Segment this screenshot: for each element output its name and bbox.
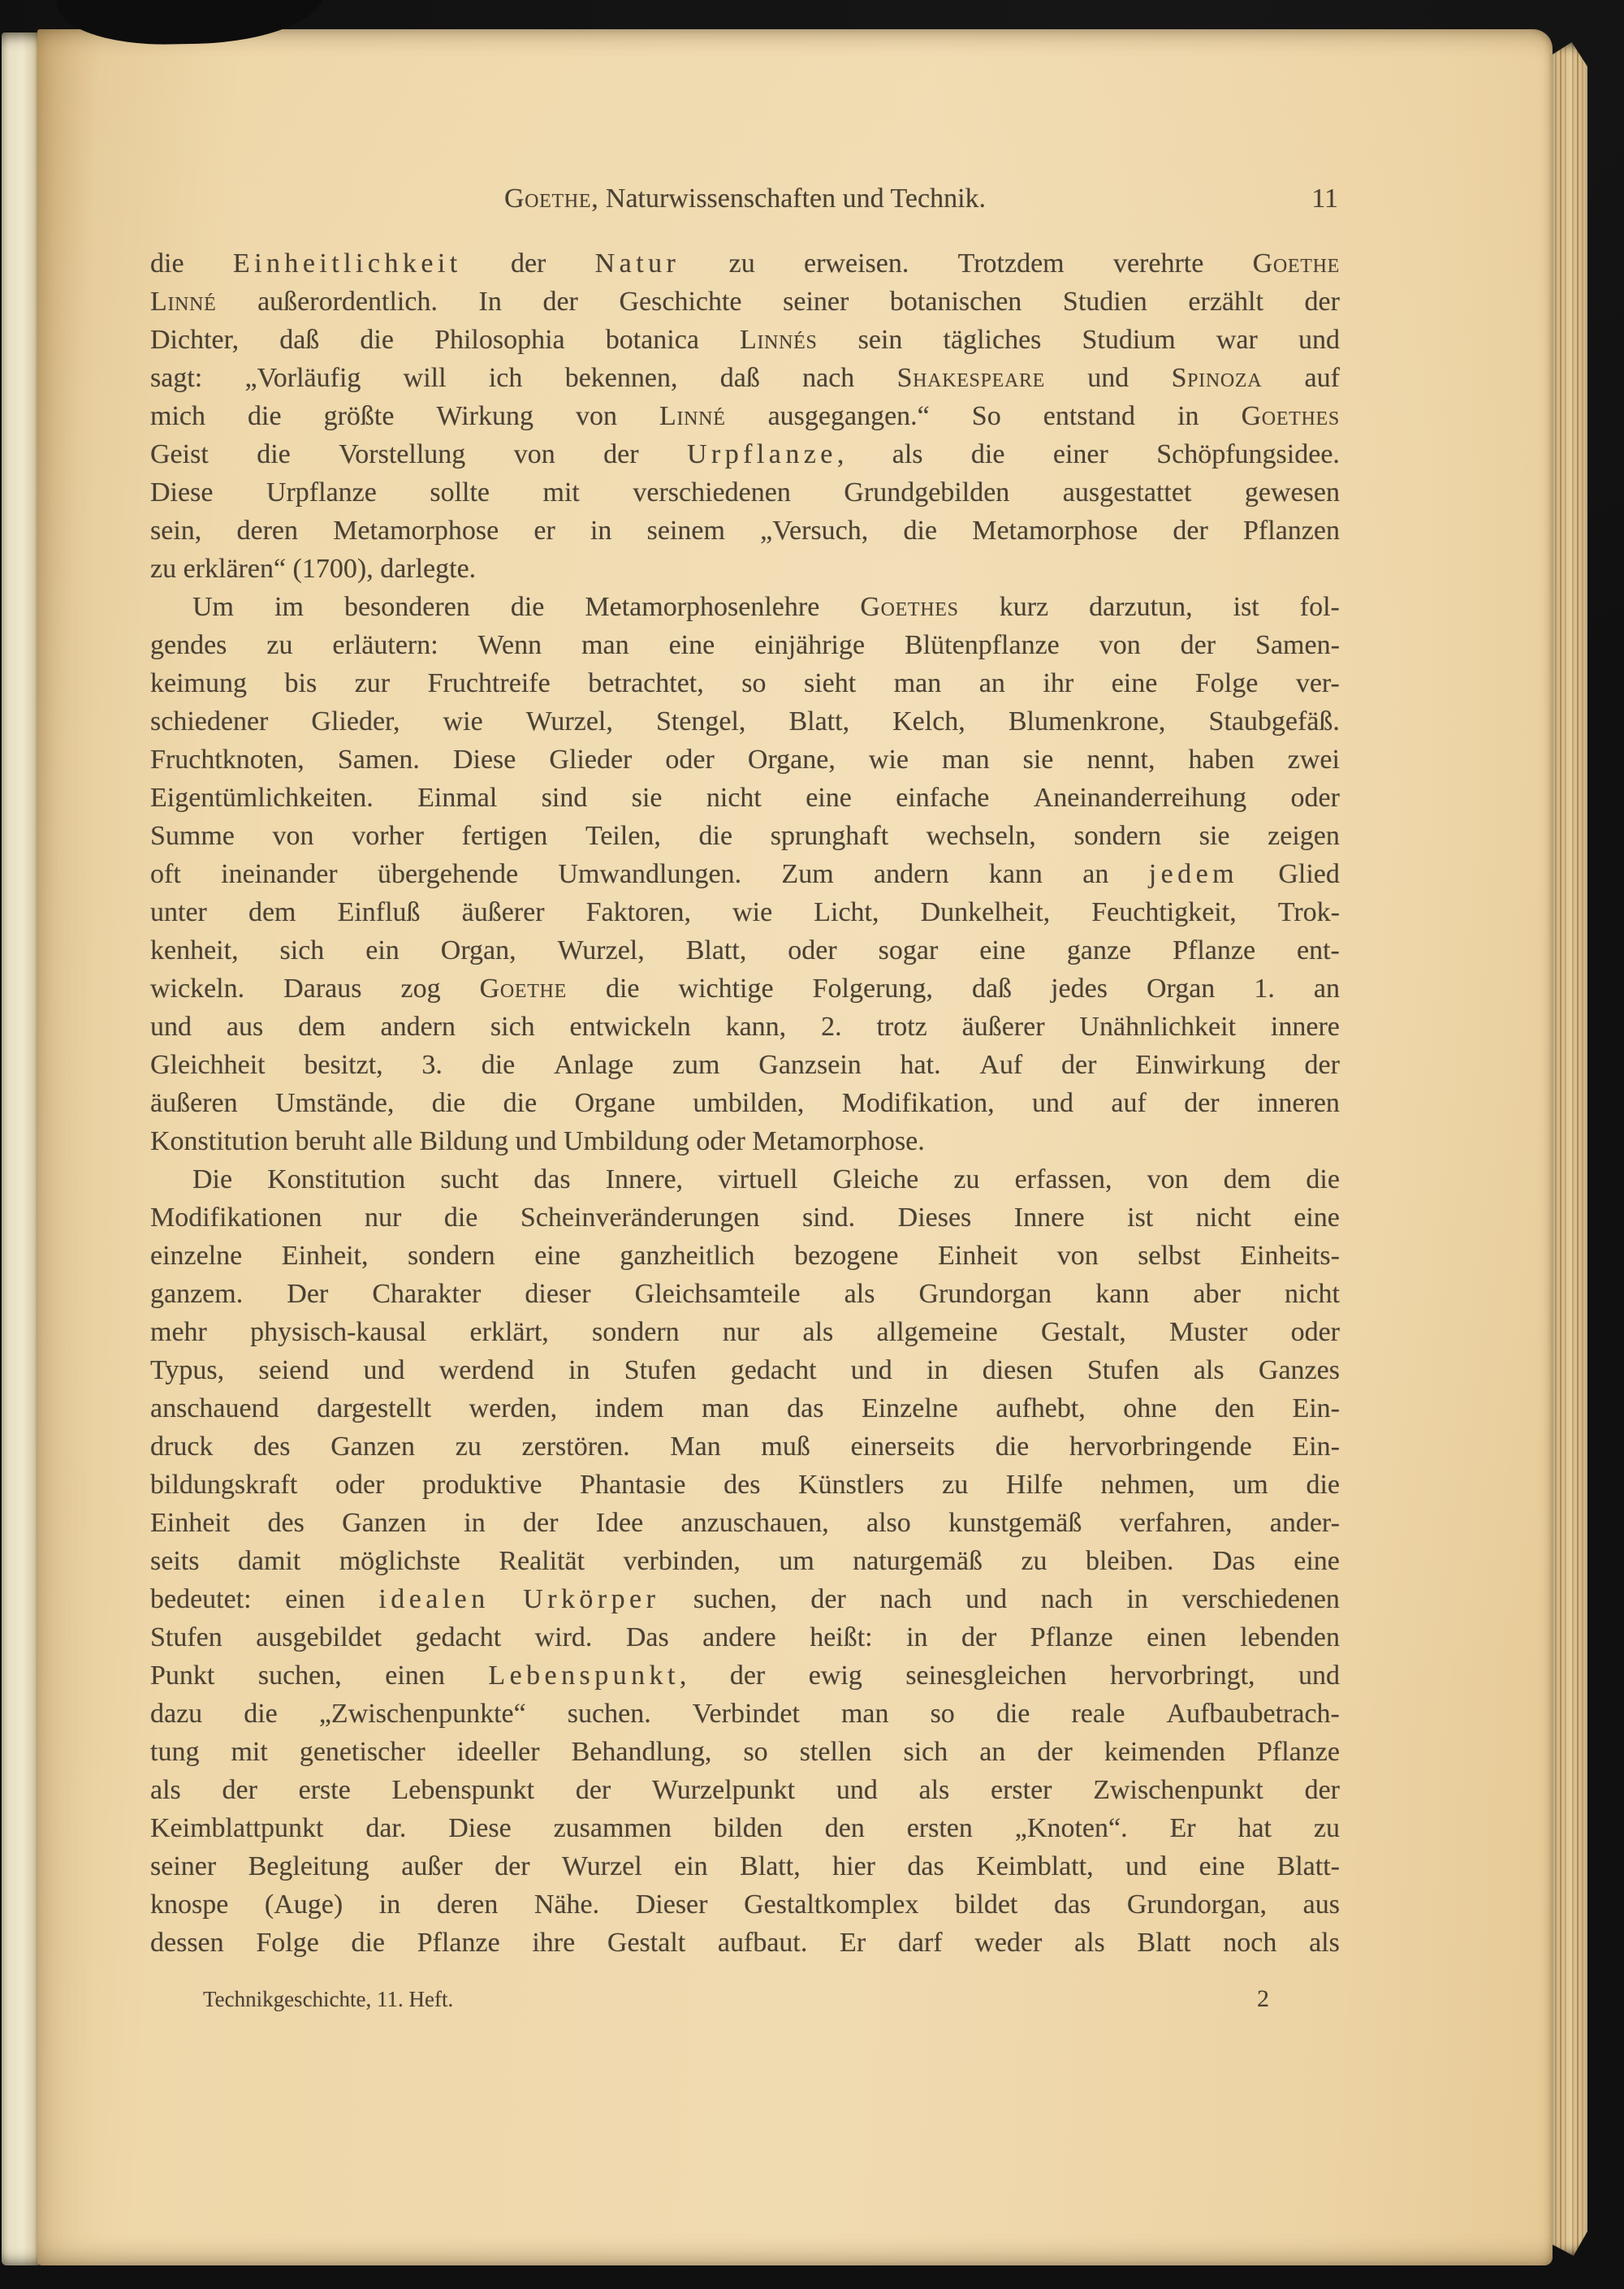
word: muß bbox=[761, 1432, 810, 1462]
word: Gestalt bbox=[607, 1928, 685, 1959]
word: mit bbox=[231, 1737, 267, 1768]
word: Verbindet bbox=[693, 1699, 800, 1730]
word: Einwirkung bbox=[1135, 1050, 1266, 1081]
word: ich bbox=[489, 363, 523, 394]
word: Geist bbox=[150, 439, 209, 470]
word: eine bbox=[669, 630, 715, 661]
word: Gestalt, bbox=[1041, 1317, 1126, 1348]
word: der bbox=[523, 1508, 558, 1539]
word: Gestaltkomplex bbox=[744, 1890, 918, 1920]
word: oder bbox=[788, 935, 836, 966]
word: in bbox=[1177, 401, 1199, 432]
word: physisch-kausal bbox=[250, 1317, 426, 1348]
word: hat. bbox=[901, 1050, 941, 1081]
word: Gleichsamteile bbox=[635, 1279, 801, 1310]
word: verbinden, bbox=[623, 1546, 740, 1577]
word: kann, bbox=[726, 1012, 787, 1043]
word: einen bbox=[285, 1584, 345, 1615]
word: bekennen, bbox=[565, 363, 678, 394]
word: ver- bbox=[1296, 668, 1340, 699]
text-line: knospe(Auge)inderenNähe.DieserGestaltkom… bbox=[150, 1890, 1340, 1928]
word: außer bbox=[401, 1851, 463, 1882]
word: jedem bbox=[1149, 859, 1238, 890]
word: das bbox=[1054, 1890, 1091, 1920]
word: erste bbox=[299, 1775, 351, 1806]
word: deren bbox=[437, 1890, 499, 1920]
word: kann bbox=[1095, 1279, 1149, 1310]
word: dessen bbox=[150, 1928, 224, 1959]
word: Einfluß bbox=[338, 897, 421, 928]
word: zu bbox=[266, 630, 292, 661]
word: Linné bbox=[659, 401, 726, 432]
word: die bbox=[360, 325, 394, 356]
word: im bbox=[274, 592, 304, 623]
word: Glieder, bbox=[311, 706, 400, 737]
word: die bbox=[996, 1699, 1030, 1730]
word: als bbox=[1309, 1928, 1340, 1959]
word: sprunghaft bbox=[771, 821, 888, 852]
text-line: Stufenausgebildetgedachtwird.Dasanderehe… bbox=[150, 1622, 1340, 1661]
text-line: Dichter,daßdiePhilosophiabotanicaLinnéss… bbox=[150, 325, 1340, 363]
word: eine bbox=[1199, 1851, 1245, 1882]
word: kann bbox=[989, 859, 1043, 890]
word: so bbox=[931, 1699, 955, 1730]
word: ist bbox=[1127, 1203, 1153, 1233]
word: nach bbox=[802, 363, 854, 394]
word: seits bbox=[150, 1546, 199, 1577]
word: eine bbox=[806, 783, 852, 814]
word: wickeln. bbox=[150, 974, 244, 1004]
text-line: UmimbesonderendieMetamorphosenlehreGoeth… bbox=[150, 592, 1340, 630]
word: Fruchtreife bbox=[428, 668, 551, 699]
word: verschiedenen bbox=[633, 477, 790, 508]
text-line: sein,derenMetamorphoseerinseinem„Versuch… bbox=[150, 516, 1340, 554]
text-line: dazudie„Zwischenpunkte“suchen.Verbindetm… bbox=[150, 1699, 1340, 1737]
word: oder bbox=[665, 745, 714, 775]
word: die bbox=[482, 1050, 516, 1081]
word: Dieses bbox=[898, 1203, 972, 1233]
word: ein bbox=[365, 935, 400, 966]
word: seiner bbox=[150, 1851, 216, 1882]
word: und bbox=[851, 1355, 892, 1386]
word: also bbox=[866, 1508, 911, 1539]
word: man bbox=[702, 1393, 749, 1424]
word: sucht bbox=[440, 1164, 499, 1195]
word: Künstlers bbox=[798, 1470, 904, 1501]
word: Wurzelpunkt bbox=[652, 1775, 795, 1806]
word: Ganzen bbox=[342, 1508, 426, 1539]
word: erfassen, bbox=[1015, 1164, 1112, 1195]
word: Lebenspunkt, bbox=[488, 1661, 686, 1691]
word: der bbox=[511, 248, 546, 279]
text-line: seinerBegleitungaußerderWurzeleinBlatt,h… bbox=[150, 1851, 1340, 1890]
word: möglichste bbox=[339, 1546, 460, 1577]
word: entwickeln bbox=[570, 1012, 691, 1043]
text-line: GeistdieVorstellungvonderUrpflanze,alsdi… bbox=[150, 439, 1340, 477]
word: ohne bbox=[1123, 1393, 1177, 1424]
word: Der bbox=[287, 1279, 328, 1310]
word: bezogene bbox=[794, 1241, 898, 1272]
word: bildungskraft bbox=[150, 1470, 297, 1501]
body-text: dieEinheitlichkeitderNaturzuerweisen.Tro… bbox=[150, 248, 1340, 1966]
word: Aneinanderreihung bbox=[1034, 783, 1246, 814]
word: Behandlung, bbox=[572, 1737, 712, 1768]
word: dem bbox=[248, 897, 296, 928]
word: dieser bbox=[525, 1279, 590, 1310]
word: den bbox=[825, 1813, 865, 1844]
word: Er bbox=[1169, 1813, 1195, 1844]
word: als bbox=[892, 439, 923, 470]
underlying-page-edge bbox=[2, 32, 39, 2265]
word: Gleichheit bbox=[150, 1050, 266, 1081]
word: sich bbox=[903, 1737, 948, 1768]
word: Einheits- bbox=[1240, 1241, 1340, 1272]
word: Trotzdem bbox=[958, 248, 1065, 279]
word: ent- bbox=[1297, 935, 1340, 966]
text-line: sagt:„Vorläufigwillichbekennen,daßnachSh… bbox=[150, 363, 1340, 401]
word: Ganzen bbox=[330, 1432, 415, 1462]
word: andern bbox=[874, 859, 949, 890]
word: von bbox=[1147, 1164, 1189, 1195]
word: die bbox=[699, 821, 733, 852]
word: die bbox=[248, 401, 282, 432]
word: Nähe. bbox=[534, 1890, 599, 1920]
word: zu bbox=[942, 1470, 968, 1501]
word: Pflanze bbox=[1173, 935, 1255, 966]
word: der bbox=[1037, 1737, 1072, 1768]
word: Pflanze bbox=[1257, 1737, 1340, 1768]
word: verschiedenen bbox=[1181, 1584, 1339, 1615]
word: erster bbox=[991, 1775, 1052, 1806]
word: produktive bbox=[422, 1470, 542, 1501]
word: der bbox=[961, 1622, 996, 1653]
word: nennt, bbox=[1086, 745, 1155, 775]
text-line: ModifikationennurdieScheinveränderungens… bbox=[150, 1203, 1340, 1241]
word: deren bbox=[236, 516, 298, 546]
word: auf bbox=[1111, 1088, 1146, 1119]
word: In bbox=[479, 287, 502, 317]
word: Ganzes bbox=[1259, 1355, 1340, 1386]
word: suchen, bbox=[693, 1584, 777, 1615]
page-number: 11 bbox=[1311, 182, 1338, 216]
word: Das bbox=[626, 1622, 669, 1653]
word: ander- bbox=[1270, 1508, 1340, 1539]
word: Fruchtknoten, bbox=[150, 745, 304, 775]
word: 3. bbox=[421, 1050, 443, 1081]
word: sie bbox=[1199, 821, 1230, 852]
text-line: tungmitgenetischerideellerBehandlung,sos… bbox=[150, 1737, 1340, 1775]
word: Begleitung bbox=[248, 1851, 369, 1882]
word: ihre bbox=[532, 1928, 575, 1959]
word: erzählt bbox=[1188, 287, 1263, 317]
word: Einheit, bbox=[282, 1241, 369, 1272]
word: fol- bbox=[1300, 592, 1340, 623]
word: Grundorgan, bbox=[1127, 1890, 1267, 1920]
word: dem bbox=[298, 1012, 346, 1043]
word: sondern bbox=[408, 1241, 495, 1272]
word: Spinoza bbox=[1172, 363, 1263, 394]
word: die bbox=[244, 1699, 278, 1730]
word: besonderen bbox=[344, 592, 470, 623]
word: (Auge) bbox=[265, 1890, 343, 1920]
word: größte bbox=[324, 401, 395, 432]
word: Einzelne bbox=[862, 1393, 958, 1424]
word: gendes bbox=[150, 630, 227, 661]
word: umbilden, bbox=[693, 1088, 804, 1119]
word: Glieder bbox=[549, 745, 632, 775]
word: seinem bbox=[647, 516, 725, 546]
word: als bbox=[919, 1775, 950, 1806]
word: in bbox=[906, 1622, 927, 1653]
word: knospe bbox=[150, 1890, 228, 1920]
word: Goethes bbox=[1242, 401, 1340, 432]
word: bildet bbox=[955, 1890, 1017, 1920]
word: bleiben. bbox=[1086, 1546, 1174, 1577]
word: ganzem. bbox=[150, 1279, 243, 1310]
word: nicht bbox=[1196, 1203, 1251, 1233]
word: botanischen bbox=[890, 287, 1021, 317]
word: Organe, bbox=[748, 745, 836, 775]
word: Staubgefäß. bbox=[1208, 706, 1339, 737]
word: man bbox=[581, 630, 629, 661]
word: verehrte bbox=[1113, 248, 1203, 279]
word: zur bbox=[355, 668, 390, 699]
word: nach bbox=[879, 1584, 931, 1615]
word: erläutern: bbox=[332, 630, 438, 661]
word: Modifikation, bbox=[842, 1088, 995, 1119]
word: Blumenkrone, bbox=[1009, 706, 1166, 737]
word: äußerer bbox=[962, 1012, 1045, 1043]
word: der bbox=[1061, 1050, 1096, 1081]
text-line: Typus,seiendundwerdendinStufengedachtund… bbox=[150, 1355, 1340, 1393]
word: seiend bbox=[258, 1355, 329, 1386]
word: die bbox=[503, 1088, 538, 1119]
word: Man bbox=[670, 1432, 720, 1462]
text-line: Punktsuchen,einenLebenspunkt,derewigsein… bbox=[150, 1661, 1340, 1699]
word: als bbox=[1194, 1355, 1224, 1386]
text-line: Eigentümlichkeiten.Einmalsindsienichtein… bbox=[150, 783, 1340, 821]
text-line: unterdemEinflußäußererFaktoren,wieLicht,… bbox=[150, 897, 1340, 935]
word: an bbox=[979, 668, 1005, 699]
word: Zwischenpunkt bbox=[1093, 1775, 1263, 1806]
word: Keimblatt, bbox=[976, 1851, 1093, 1882]
word: nur bbox=[723, 1317, 759, 1348]
word: Licht, bbox=[814, 897, 879, 928]
word: Blatt, bbox=[740, 1851, 801, 1882]
word: und bbox=[1125, 1851, 1167, 1882]
word: Vorstellung bbox=[339, 439, 465, 470]
word: Stufen bbox=[1087, 1355, 1160, 1386]
word: Linnés bbox=[740, 325, 818, 356]
word: Daraus bbox=[283, 974, 361, 1004]
word: die bbox=[432, 1088, 466, 1119]
word: noch bbox=[1223, 1928, 1276, 1959]
word: wird. bbox=[535, 1622, 593, 1653]
word: einerseits bbox=[851, 1432, 955, 1462]
word: sagt: bbox=[150, 363, 202, 394]
word: gedacht bbox=[731, 1355, 817, 1386]
page-footer: Technikgeschichte, 11. Heft. 2 bbox=[150, 1983, 1340, 2015]
word: Einheit bbox=[938, 1241, 1017, 1272]
page-stack-edge-right bbox=[1553, 42, 1587, 2256]
word: heißt: bbox=[810, 1622, 872, 1653]
word: um bbox=[1233, 1470, 1268, 1501]
word: sind. bbox=[802, 1203, 855, 1233]
word: aus bbox=[227, 1012, 263, 1043]
word: suchen, bbox=[258, 1661, 342, 1691]
text-line: EinheitdesGanzeninderIdeeanzuschauen,als… bbox=[150, 1508, 1340, 1546]
word: kurz bbox=[1000, 592, 1048, 623]
text-line: Gleichheitbesitzt,3.dieAnlagezumGanzsein… bbox=[150, 1050, 1340, 1088]
word: die bbox=[257, 439, 291, 470]
word: Lebenspunkt bbox=[392, 1775, 535, 1806]
word: der bbox=[1181, 630, 1216, 661]
word: Unähnlichkeit bbox=[1079, 1012, 1236, 1043]
word: von bbox=[1057, 1241, 1099, 1272]
word: Dunkelheit, bbox=[921, 897, 1051, 928]
word: Stufen bbox=[150, 1622, 222, 1653]
word: daß bbox=[720, 363, 760, 394]
word: Idee bbox=[596, 1508, 644, 1539]
text-line: wickeln.DarauszogGoethediewichtigeFolger… bbox=[150, 974, 1340, 1012]
word: den bbox=[1215, 1393, 1255, 1424]
word: Gleiche bbox=[833, 1164, 919, 1195]
word: als bbox=[844, 1279, 875, 1310]
footer-signature: Technikgeschichte, 11. Heft. bbox=[203, 1983, 453, 2015]
word: der bbox=[730, 1661, 765, 1691]
word: ganze bbox=[1067, 935, 1131, 966]
word: in bbox=[590, 516, 611, 546]
word: ausgestattet bbox=[1063, 477, 1192, 508]
word: man bbox=[894, 668, 942, 699]
word: sein bbox=[858, 325, 903, 356]
word: zerstören. bbox=[522, 1432, 630, 1462]
word: Glied bbox=[1278, 859, 1340, 890]
word: der bbox=[542, 287, 577, 317]
word: darf bbox=[898, 1928, 943, 1959]
word: ausgebildet bbox=[256, 1622, 382, 1653]
text-line: gendeszuerläutern:WennmaneineeinjährigeB… bbox=[150, 630, 1340, 668]
word: das bbox=[787, 1393, 823, 1424]
word: einjährige bbox=[754, 630, 865, 661]
word: Realität bbox=[499, 1546, 585, 1577]
word: besitzt, bbox=[304, 1050, 382, 1081]
word: Einmal bbox=[417, 783, 497, 814]
word: aber bbox=[1193, 1279, 1241, 1310]
word: Einheitlichkeit bbox=[233, 248, 462, 279]
word: Organ, bbox=[441, 935, 516, 966]
word: der bbox=[495, 1851, 529, 1882]
word: in bbox=[926, 1355, 948, 1386]
word: Umwandlungen. bbox=[558, 859, 741, 890]
word: damit bbox=[238, 1546, 300, 1577]
word: Keimblattpunkt bbox=[150, 1813, 323, 1844]
word: wie bbox=[869, 745, 909, 775]
word: werden, bbox=[469, 1393, 558, 1424]
word: lebenden bbox=[1240, 1622, 1340, 1653]
word: inneren bbox=[1257, 1088, 1340, 1119]
text-line: Keimblattpunktdar.Diesezusammenbildenden… bbox=[150, 1813, 1340, 1851]
word: Das bbox=[1212, 1546, 1255, 1577]
word: und bbox=[1087, 363, 1129, 394]
word: Hilfe bbox=[1006, 1470, 1063, 1501]
word: zu bbox=[953, 1164, 979, 1195]
word: Geschichte bbox=[619, 287, 741, 317]
word: Wenn bbox=[478, 630, 542, 661]
word: Aufbaubetrach- bbox=[1167, 1699, 1340, 1730]
word: oder bbox=[1291, 1317, 1340, 1348]
word: Einheit bbox=[150, 1508, 230, 1539]
word: Summe bbox=[150, 821, 235, 852]
word: anzuschauen, bbox=[681, 1508, 829, 1539]
word: Grundorgan bbox=[919, 1279, 1052, 1310]
word: 1. bbox=[1254, 974, 1275, 1004]
word: Ein- bbox=[1292, 1432, 1340, 1462]
word: dar. bbox=[365, 1813, 406, 1844]
word: Ganzsein bbox=[758, 1050, 862, 1081]
word: daß bbox=[279, 325, 319, 356]
word: einen bbox=[1147, 1622, 1207, 1653]
word: er bbox=[533, 516, 555, 546]
word: sieht bbox=[804, 668, 856, 699]
word: Blatt, bbox=[686, 935, 747, 966]
word: nicht bbox=[706, 783, 762, 814]
word: die bbox=[1306, 1470, 1340, 1501]
word: mit bbox=[543, 477, 580, 508]
word: Linné bbox=[150, 287, 217, 317]
word: der bbox=[1305, 287, 1340, 317]
word: keimenden bbox=[1104, 1737, 1225, 1768]
word: sich bbox=[490, 1012, 535, 1043]
word: Schöpfungsidee. bbox=[1156, 439, 1340, 470]
word: wie bbox=[732, 897, 772, 928]
text-line: anschauenddargestelltwerden,indemmandasE… bbox=[150, 1393, 1340, 1432]
word: idealen bbox=[378, 1584, 489, 1615]
word: suchen. bbox=[568, 1699, 651, 1730]
word: andern bbox=[381, 1012, 456, 1043]
word: ihr bbox=[1043, 668, 1073, 699]
word: Wurzel, bbox=[526, 706, 613, 737]
word: der bbox=[810, 1584, 845, 1615]
word: werdend bbox=[439, 1355, 534, 1386]
word: zusammen bbox=[554, 1813, 672, 1844]
word: von bbox=[514, 439, 555, 470]
word: So bbox=[972, 401, 1001, 432]
word: nehmen, bbox=[1100, 1470, 1194, 1501]
word: der bbox=[1305, 1775, 1340, 1806]
word: und bbox=[150, 1012, 192, 1043]
word: sich bbox=[280, 935, 325, 966]
word: entstand bbox=[1043, 401, 1135, 432]
word: die bbox=[444, 1203, 478, 1233]
word: sie bbox=[1023, 745, 1054, 775]
text-line: Fruchtknoten,Samen.DieseGliederoderOrgan… bbox=[150, 745, 1340, 783]
word: nach bbox=[1041, 1584, 1093, 1615]
word: der bbox=[1173, 516, 1207, 546]
text-line: ganzem.DerCharakterdieserGleichsamteilea… bbox=[150, 1279, 1340, 1317]
word: sondern bbox=[592, 1317, 680, 1348]
text-line: kenheit,sicheinOrgan,Wurzel,Blatt,oderso… bbox=[150, 935, 1340, 974]
word: Goethe bbox=[1253, 248, 1340, 279]
word: einzelne bbox=[150, 1241, 242, 1272]
word: Dieser bbox=[636, 1890, 708, 1920]
word: „Versuch, bbox=[760, 516, 868, 546]
word: Goethe bbox=[480, 974, 567, 1004]
word: Diese bbox=[453, 745, 516, 775]
word: Wurzel, bbox=[558, 935, 645, 966]
word: weder bbox=[974, 1928, 1042, 1959]
word: Modifikationen bbox=[150, 1203, 322, 1233]
